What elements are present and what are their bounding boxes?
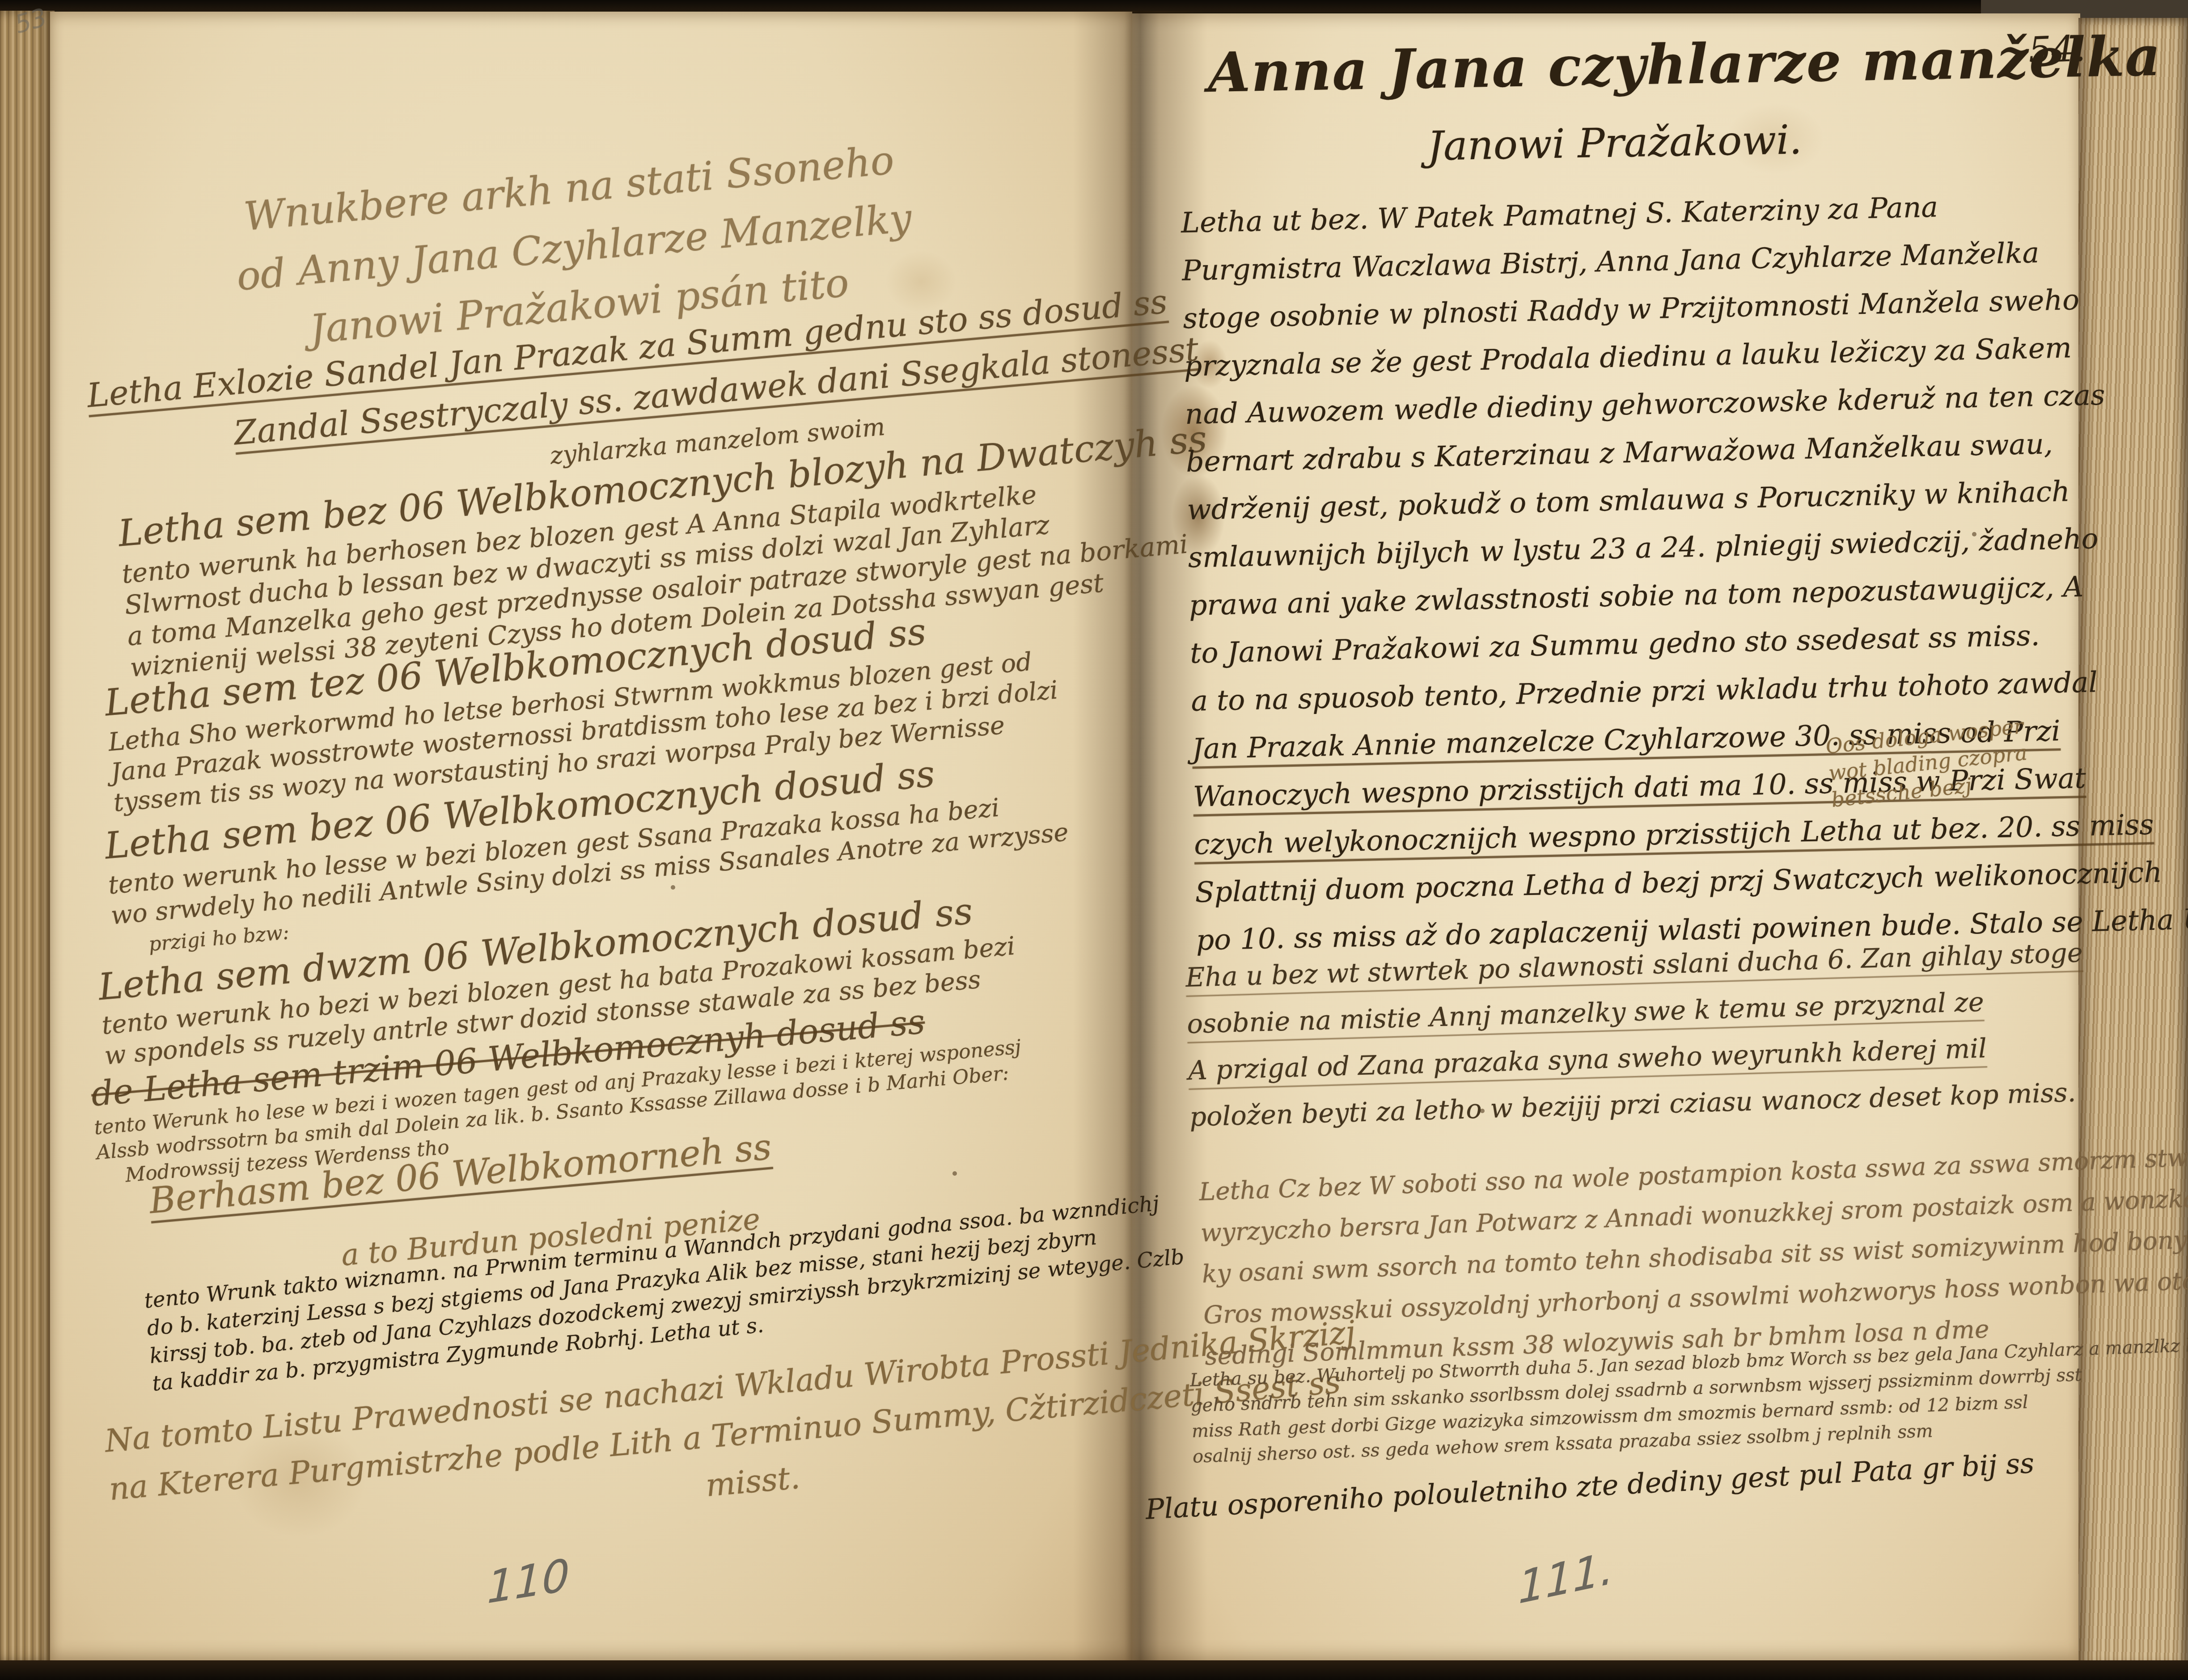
- scanner-background-bottom: [0, 1660, 2188, 1680]
- book-page-edges-left: [0, 11, 55, 1662]
- right-second-paragraph: Eha u bez wt stwrtek po slawnosti sslani…: [1185, 929, 2087, 1140]
- paper-speck: [952, 1171, 957, 1176]
- right-main-paragraph: Letha ut bez. W Patek Pamatnej S. Katerz…: [1181, 176, 2188, 964]
- manuscript-scan: Wnukbere arkh na stati Ssoneho od Anny J…: [0, 0, 2188, 1680]
